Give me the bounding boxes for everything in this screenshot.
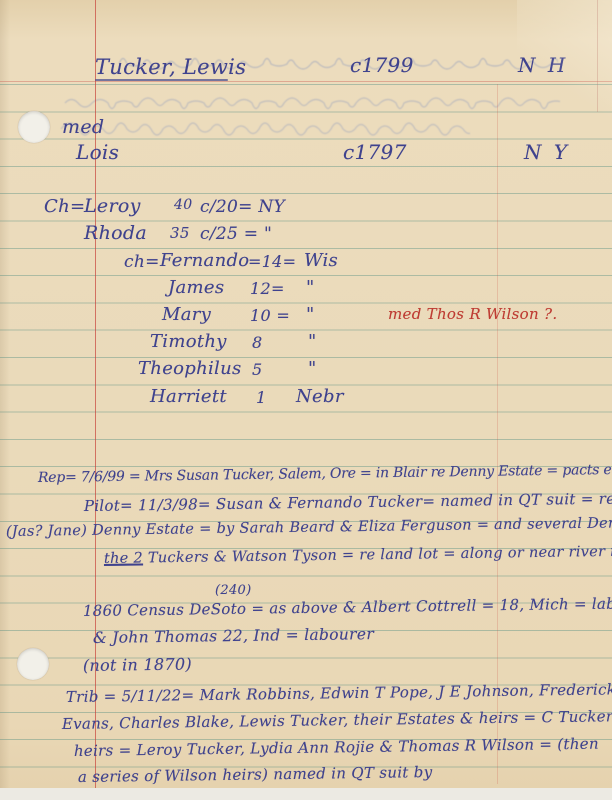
superscript-number: (240)	[215, 583, 251, 598]
entry-birth-year: c1799	[350, 53, 414, 77]
grandchild-place: Wis	[304, 250, 338, 271]
punch-hole	[17, 648, 49, 680]
grandchild-name: Harriett	[150, 386, 227, 407]
child-age: 40	[174, 197, 192, 213]
grandchild-name: Timothy	[150, 331, 227, 352]
child-note: c/25 = "	[200, 224, 272, 244]
child-age: 35	[170, 224, 190, 242]
married-label: med	[62, 116, 104, 138]
grandchild-age: =14=	[248, 252, 296, 271]
crease-line	[597, 0, 598, 112]
grandchild-name: James	[168, 277, 224, 298]
right-margin-line	[497, 84, 498, 784]
entry-name: Tucker, Lewis	[95, 55, 246, 79]
spouse-name: Lois	[76, 140, 119, 164]
grandchild-age: 8	[252, 333, 262, 352]
grandchild-name: Theophilus	[138, 358, 242, 379]
grandchild-age: 10 =	[250, 306, 290, 325]
grandchild-place: Nebr	[296, 386, 344, 407]
grandchild-name: Mary	[162, 304, 211, 325]
grandchild-place: "	[306, 304, 315, 325]
punch-hole	[18, 111, 50, 143]
grandchild-place: "	[306, 277, 315, 298]
spouse-birth-year: c1797	[343, 140, 407, 164]
grandchildren-label: ch=	[124, 252, 160, 272]
child-name: Rhoda	[84, 222, 147, 244]
underlined-phrase: the 2	[104, 550, 143, 567]
grandchild-age: 12=	[250, 279, 285, 298]
child-note: c/20= NY	[200, 197, 285, 217]
grandchild-name: Fernando	[160, 250, 249, 271]
child-name: Leroy	[84, 195, 141, 217]
red-marriage-note: med Thos R Wilson ?.	[388, 305, 557, 323]
grandchild-place: "	[308, 331, 317, 352]
grandchild-age: 1	[256, 388, 266, 407]
children-label: Ch=	[44, 196, 85, 217]
grandchild-place: "	[308, 358, 317, 379]
note-line: (not in 1870)	[83, 654, 192, 675]
entry-name-underline	[95, 79, 228, 81]
grandchild-age: 5	[252, 360, 262, 379]
scanned-note-page: Tucker, Lewis c1799 N H med Lois c1797 N…	[0, 0, 612, 800]
spouse-birth-place: N Y	[524, 140, 570, 164]
scan-background-strip	[0, 788, 612, 800]
